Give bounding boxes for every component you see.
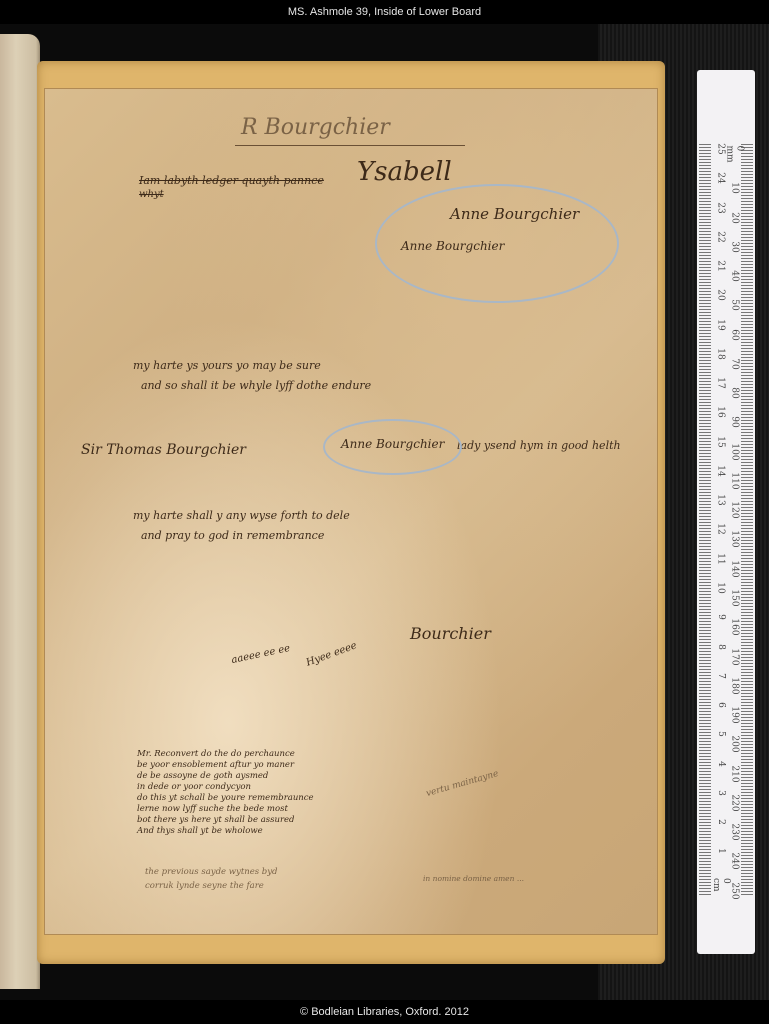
inscription-struck-2: whyt — [139, 189, 164, 200]
block-line: do this yt schall be youre remembraunce — [137, 793, 314, 804]
bottom-line-1: the previous sayde wytnes byd — [145, 867, 278, 877]
text-block: Mr. Reconvert do the do perchaunce be yo… — [137, 749, 314, 837]
flyleaf-edge — [0, 34, 40, 989]
diagonal-note: vertu maintayne — [425, 769, 500, 799]
image-title: MS. Ashmole 39, Inside of Lower Board — [0, 0, 769, 24]
bottom-line-2: corruk lynde seyne the fare — [145, 881, 264, 891]
pen-trials: aaeee ee ee — [231, 643, 292, 666]
block-line: bot there ys here yt shall be assured — [137, 815, 314, 826]
highlight-oval-1 — [375, 184, 619, 303]
ruler-ticks-left — [699, 144, 711, 896]
inscription-scrawl: Ysabell — [357, 157, 452, 187]
inscription-anne-3-cont: lady ysend hym in good helth — [457, 439, 621, 452]
block-line: in dede or yoor condycyon — [137, 782, 314, 793]
block-line: Mr. Reconvert do the do perchaunce — [137, 749, 314, 760]
inscription-struck: Iam labyth ledger quayth pannce — [139, 174, 324, 187]
inscription-bourchier-low: Bourchier — [410, 624, 491, 643]
verse-line-3: my harte shall y any wyse forth to dele — [133, 509, 350, 522]
ruler-scale-mm: 0 mm 10 20 30 40 50 60 70 80 90 100 110 … — [727, 144, 743, 896]
photo-stage: R Bourgchier Iam labyth ledger quayth pa… — [0, 24, 769, 1000]
underline — [235, 145, 465, 146]
bottom-right-line: in nomine domine amen ... — [423, 874, 524, 883]
verse-line-4: and pray to god in remembrance — [141, 529, 324, 542]
verse-line-2: and so shall it be whyle lyff dothe endu… — [141, 379, 371, 392]
pastedown-leaf: R Bourgchier Iam labyth ledger quayth pa… — [44, 88, 658, 935]
inscription-top-name: R Bourgchier — [241, 115, 390, 140]
scale-ruler: 25 24 23 22 21 20 19 18 17 16 15 14 13 1… — [697, 70, 755, 954]
block-line: be yoor ensoblement aftur yo maner — [137, 760, 314, 771]
verse-line-1: my harte ys yours yo may be sure — [133, 359, 321, 372]
copyright-notice: © Bodleian Libraries, Oxford. 2012 — [0, 1000, 769, 1024]
block-line: lerne now lyff suche the bede most — [137, 804, 314, 815]
block-line: de be assoyne de goth aysmed — [137, 771, 314, 782]
inscription-thomas: Sir Thomas Bourgchier — [81, 442, 246, 458]
highlight-oval-2 — [323, 419, 462, 475]
pen-trials-2: Hyee eeee — [305, 640, 359, 668]
block-line: And thys shall yt be wholowe — [137, 826, 314, 837]
